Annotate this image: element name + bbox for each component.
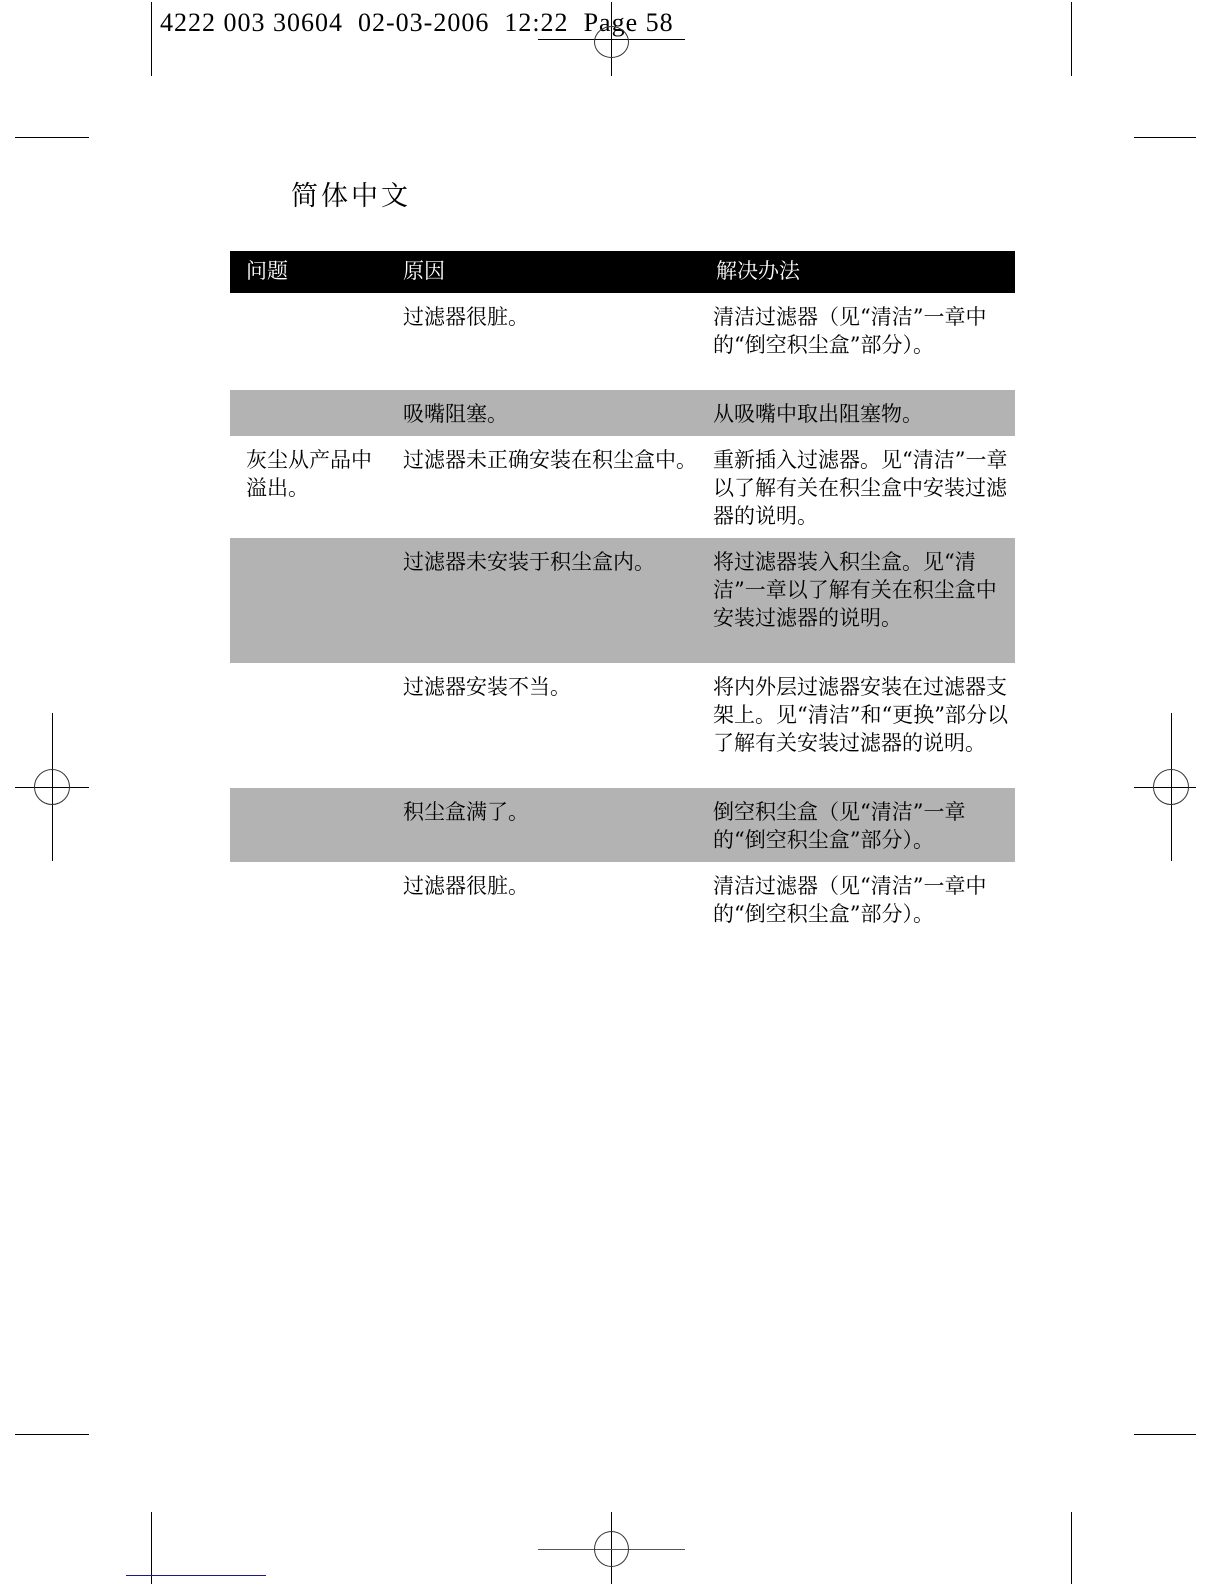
troubleshooting-table: 问题 原因 解决办法 过滤器很脏。 清洁过滤器（见“清洁”一章中的“倒空积尘盒”…	[230, 251, 1015, 960]
crop-mark-right-top	[1134, 137, 1196, 138]
registration-mark-right-icon	[1153, 769, 1189, 805]
solution-cell: 将内外层过滤器安装在过滤器支架上。见“清洁”和“更换”部分以了解有关安装过滤器的…	[700, 663, 1015, 788]
header-cause: 原因	[387, 251, 700, 293]
crop-mark-bottom-left-accent	[126, 1575, 266, 1576]
registration-mark-left-icon	[34, 769, 70, 805]
problem-cell	[230, 788, 387, 862]
cause-cell: 过滤器未正确安装在积尘盒中。	[387, 436, 700, 538]
table-header-row: 问题 原因 解决办法	[230, 251, 1015, 293]
table-row: 灰尘从产品中溢出。 过滤器未正确安装在积尘盒中。 重新插入过滤器。见“清洁”一章…	[230, 436, 1015, 538]
solution-cell: 从吸嘴中取出阻塞物。	[700, 390, 1015, 436]
cause-cell: 过滤器很脏。	[387, 293, 700, 390]
crop-mark-bottom-right	[1071, 1512, 1072, 1584]
cause-cell: 过滤器未安装于积尘盒内。	[387, 538, 700, 663]
crop-mark-right-bottom	[1134, 1434, 1196, 1435]
registration-mark-top-icon	[594, 26, 629, 58]
table-row: 过滤器安装不当。 将内外层过滤器安装在过滤器支架上。见“清洁”和“更换”部分以了…	[230, 663, 1015, 788]
cause-cell: 过滤器很脏。	[387, 862, 700, 960]
crop-mark-left-top	[15, 137, 89, 138]
crop-mark-top-left	[151, 2, 152, 76]
cause-cell: 积尘盒满了。	[387, 788, 700, 862]
problem-cell	[230, 862, 387, 960]
header-problem: 问题	[230, 251, 387, 293]
solution-cell: 倒空积尘盒（见“清洁”一章的“倒空积尘盒”部分）。	[700, 788, 1015, 862]
cause-cell: 吸嘴阻塞。	[387, 390, 700, 436]
header-solution: 解决办法	[700, 251, 1015, 293]
problem-cell	[230, 663, 387, 788]
table-row: 吸嘴阻塞。 从吸嘴中取出阻塞物。	[230, 390, 1015, 436]
print-date: 02-03-2006	[358, 8, 489, 37]
problem-cell	[230, 293, 387, 390]
solution-cell: 清洁过滤器（见“清洁”一章中的“倒空积尘盒”部分）。	[700, 862, 1015, 960]
problem-cell: 灰尘从产品中溢出。	[230, 436, 387, 538]
table-row: 过滤器很脏。 清洁过滤器（见“清洁”一章中的“倒空积尘盒”部分）。	[230, 293, 1015, 390]
cause-cell: 过滤器安装不当。	[387, 663, 700, 788]
language-title: 简体中文	[291, 174, 411, 213]
solution-cell: 将过滤器装入积尘盒。见“清洁”一章以了解有关在积尘盒中安装过滤器的说明。	[700, 538, 1015, 663]
crop-mark-top-right	[1071, 2, 1072, 76]
doc-code: 4222 003 30604	[160, 8, 343, 37]
solution-cell: 清洁过滤器（见“清洁”一章中的“倒空积尘盒”部分）。	[700, 293, 1015, 390]
table-row: 积尘盒满了。 倒空积尘盒（见“清洁”一章的“倒空积尘盒”部分）。	[230, 788, 1015, 862]
problem-cell	[230, 390, 387, 436]
table-row: 过滤器未安装于积尘盒内。 将过滤器装入积尘盒。见“清洁”一章以了解有关在积尘盒中…	[230, 538, 1015, 663]
crop-mark-left-bottom	[15, 1434, 89, 1435]
registration-mark-bottom-icon	[594, 1531, 629, 1567]
crop-mark-bottom-left	[151, 1512, 152, 1584]
solution-cell: 重新插入过滤器。见“清洁”一章以了解有关在积尘盒中安装过滤器的说明。	[700, 436, 1015, 538]
print-time: 12:22	[504, 8, 568, 37]
table-row: 过滤器很脏。 清洁过滤器（见“清洁”一章中的“倒空积尘盒”部分）。	[230, 862, 1015, 960]
problem-cell	[230, 538, 387, 663]
